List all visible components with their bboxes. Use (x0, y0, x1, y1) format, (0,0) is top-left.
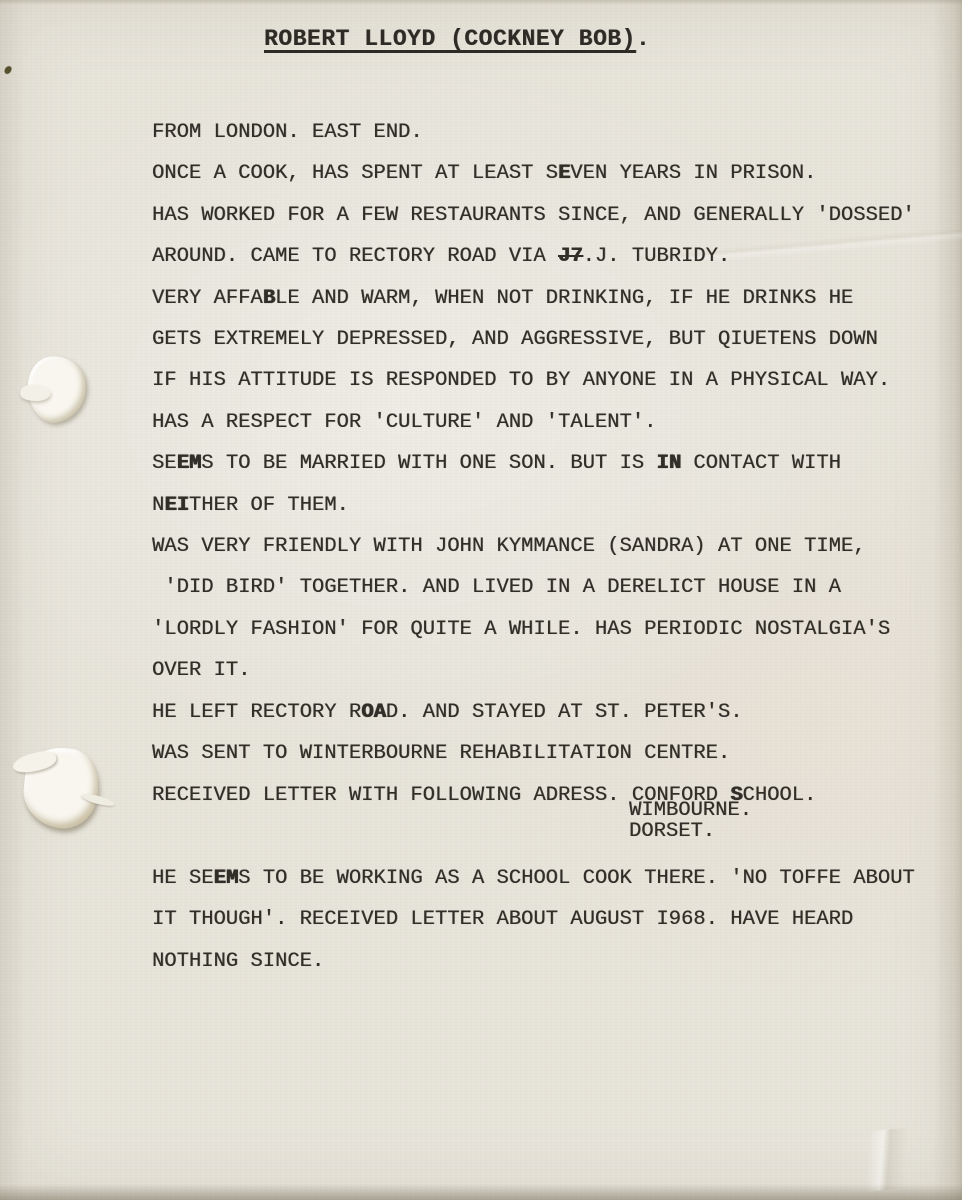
typewritten-line: NOTHING SINCE. (152, 941, 942, 982)
ink-speck (4, 65, 13, 75)
line-segment: OVER IT. (152, 659, 250, 682)
line-segment-bold: B (263, 287, 275, 310)
line-segment: AROUND. CAME TO RECTORY ROAD VIA (152, 245, 558, 268)
line-segment: 'DID BIRD' TOGETHER. AND LIVED IN A DERE… (152, 576, 841, 599)
typewritten-line: OVER IT. (152, 650, 942, 691)
document-body: FROM LONDON. EAST END.ONCE A COOK, HAS S… (152, 112, 942, 982)
line-segment: LE AND WARM, WHEN NOT DRINKING, IF HE DR… (275, 287, 853, 310)
line-segment-bold: E (558, 162, 570, 185)
title-period: . (636, 26, 650, 52)
line-segment: ONCE A COOK, HAS SPENT AT LEAST S (152, 162, 558, 185)
typewritten-line: HE LEFT RECTORY ROAD. AND STAYED AT ST. … (152, 692, 942, 733)
typewritten-line: DORSET. (629, 821, 942, 842)
typewritten-line: HE SEEMS TO BE WORKING AS A SCHOOL COOK … (152, 858, 942, 899)
line-segment: VEN YEARS IN PRISON. (570, 162, 816, 185)
line-segment: WAS VERY FRIENDLY WITH JOHN KYMMANCE (SA… (152, 535, 866, 558)
typewritten-line: ONCE A COOK, HAS SPENT AT LEAST SEVEN YE… (152, 153, 942, 194)
line-segment: HE LEFT RECTORY R (152, 701, 361, 724)
line-segment: VERY AFFA (152, 287, 263, 310)
line-segment: S TO BE MARRIED WITH ONE SON. BUT IS (201, 452, 656, 475)
line-segment: THER OF THEM. (189, 494, 349, 517)
typewritten-line: HAS WORKED FOR A FEW RESTAURANTS SINCE, … (152, 195, 942, 236)
typewritten-line: IT THOUGH'. RECEIVED LETTER ABOUT AUGUST… (152, 899, 942, 940)
line-segment: S TO BE WORKING AS A SCHOOL COOK THERE. … (238, 867, 915, 890)
line-segment: NOTHING SINCE. (152, 950, 324, 973)
paper-crease (797, 1121, 962, 1198)
line-segment-bold: EI (164, 494, 189, 517)
typewritten-line: NEITHER OF THEM. (152, 485, 942, 526)
line-segment-strike: J7 (558, 245, 583, 268)
line-segment: IF HIS ATTITUDE IS RESPONDED TO BY ANYON… (152, 369, 890, 392)
line-segment: CHOOL. (743, 784, 817, 807)
paper-tear-lower (20, 744, 102, 831)
line-segment: .J. TUBRIDY. (583, 245, 731, 268)
line-segment-bold: IN (656, 452, 681, 475)
paper-tear-upper (24, 352, 91, 425)
line-segment: GETS EXTREMELY DEPRESSED, AND AGGRESSIVE… (152, 328, 878, 351)
document-page: ROBERT LLOYD (COCKNEY BOB). FROM LONDON.… (0, 0, 962, 1200)
line-segment: FROM LONDON. EAST END. (152, 121, 423, 144)
typewritten-line: HAS A RESPECT FOR 'CULTURE' AND 'TALENT'… (152, 402, 942, 443)
line-segment: SE (152, 452, 177, 475)
line-segment: WAS SENT TO WINTERBOURNE REHABILITATION … (152, 742, 730, 765)
typewritten-line: 'DID BIRD' TOGETHER. AND LIVED IN A DERE… (152, 567, 942, 608)
line-segment-bold: EM (214, 867, 239, 890)
line-segment: N (152, 494, 164, 517)
line-segment: HE SE (152, 867, 214, 890)
typewritten-line: GETS EXTREMELY DEPRESSED, AND AGGRESSIVE… (152, 319, 942, 360)
line-segment: HAS WORKED FOR A FEW RESTAURANTS SINCE, … (152, 204, 915, 227)
typewritten-line: WAS SENT TO WINTERBOURNE REHABILITATION … (152, 733, 942, 774)
typewritten-line: FROM LONDON. EAST END. (152, 112, 942, 153)
line-segment: WIMBOURNE. (629, 799, 752, 822)
typewritten-line: WAS VERY FRIENDLY WITH JOHN KYMMANCE (SA… (152, 526, 942, 567)
typewritten-line: IF HIS ATTITUDE IS RESPONDED TO BY ANYON… (152, 360, 942, 401)
line-segment-bold: OA (361, 701, 386, 724)
line-segment: IT THOUGH'. RECEIVED LETTER ABOUT AUGUST… (152, 908, 853, 931)
line-segment: CONTACT WITH (681, 452, 841, 475)
typewritten-line: AROUND. CAME TO RECTORY ROAD VIA J7.J. T… (152, 236, 942, 277)
typewritten-line: 'LORDLY FASHION' FOR QUITE A WHILE. HAS … (152, 609, 942, 650)
title-text: ROBERT LLOYD (COCKNEY BOB) (264, 26, 636, 52)
line-segment: 'LORDLY FASHION' FOR QUITE A WHILE. HAS … (152, 618, 890, 641)
line-segment: D. AND STAYED AT ST. PETER'S. (386, 701, 743, 724)
line-segment: HAS A RESPECT FOR 'CULTURE' AND 'TALENT'… (152, 411, 656, 434)
typewritten-line: SEEMS TO BE MARRIED WITH ONE SON. BUT IS… (152, 443, 942, 484)
line-segment: DORSET. (629, 820, 715, 843)
line-segment-bold: EM (177, 452, 202, 475)
document-title: ROBERT LLOYD (COCKNEY BOB). (264, 26, 650, 52)
typewritten-line: VERY AFFABLE AND WARM, WHEN NOT DRINKING… (152, 278, 942, 319)
